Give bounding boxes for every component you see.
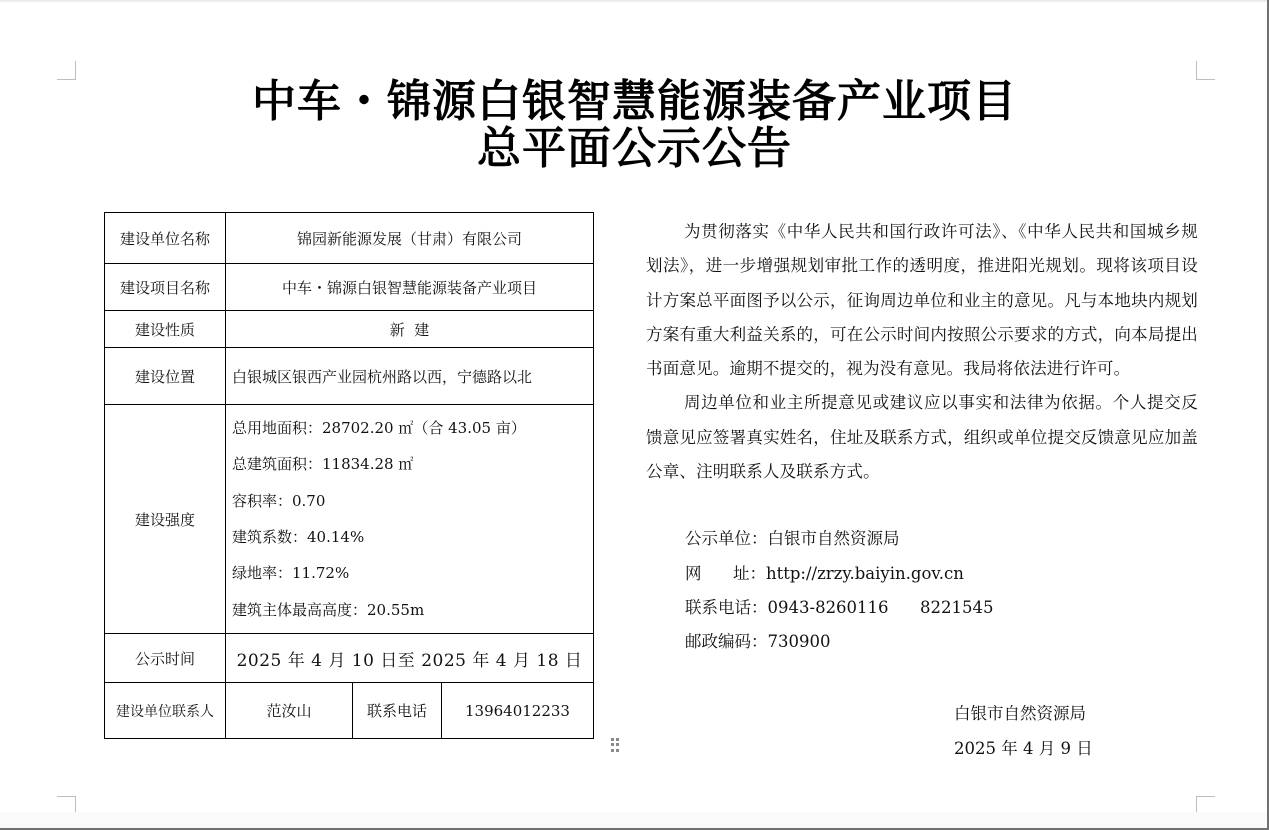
contact-phone: 13964012233 [442, 683, 594, 739]
project-info-table: 建设单位名称 锦园新能源发展（甘肃）有限公司 建设项目名称 中车・锦源白银智慧能… [104, 212, 594, 739]
contact-phone-label: 联系电话 [353, 683, 442, 739]
value-cell: 中车・锦源白银智慧能源装备产业项目 [226, 264, 594, 311]
table-row-contact: 建设单位联系人 范汝山 联系电话 13964012233 [105, 683, 594, 739]
value-cell: 新 建 [226, 311, 594, 348]
notice-paragraph-1: 为贯彻落实《中华人民共和国行政许可法》、《中华人民共和国城乡规划法》，进一步增强… [646, 215, 1198, 386]
metric-green-ratio: 绿地率：11.72% [226, 555, 593, 591]
publisher-line: 公示单位：白银市自然资源局 [685, 529, 900, 549]
phone-line: 联系电话：0943-8260116 8221545 [685, 598, 994, 618]
value-cell: 白银城区银西产业园杭州路以西，宁德路以北 [226, 348, 594, 405]
website-line: 网 址：http://zrzy.baiyin.gov.cn [685, 564, 964, 584]
table-row-unit: 建设单位名称 锦园新能源发展（甘肃）有限公司 [105, 213, 594, 264]
metric-building-area: 总建筑面积：11834.28 ㎡ [226, 446, 593, 482]
contact-name: 范汝山 [226, 683, 353, 739]
metric-land-area: 总用地面积：28702.20 ㎡（合 43.05 亩） [226, 410, 593, 446]
signature-date: 2025 年 4 月 9 日 [954, 739, 1093, 759]
table-row-intensity: 建设强度 总用地面积：28702.20 ㎡（合 43.05 亩） 总建筑面积：1… [105, 405, 594, 634]
label-cell: 建设性质 [105, 311, 226, 348]
table-drag-handle-icon[interactable] [611, 738, 621, 752]
metric-building-coverage: 建筑系数：40.14% [226, 519, 593, 555]
value-cell: 锦园新能源发展（甘肃）有限公司 [226, 213, 594, 264]
metric-plot-ratio: 容积率：0.70 [226, 483, 593, 519]
table-row-project: 建设项目名称 中车・锦源白银智慧能源装备产业项目 [105, 264, 594, 311]
label-cell: 建设项目名称 [105, 264, 226, 311]
publicity-period: 2025 年 4 月 10 日至 2025 年 4 月 18 日 [226, 634, 594, 683]
label-cell: 建设单位名称 [105, 213, 226, 264]
notice-body: 为贯彻落实《中华人民共和国行政许可法》、《中华人民共和国城乡规划法》，进一步增强… [646, 215, 1198, 489]
label-cell: 建设位置 [105, 348, 226, 405]
postcode-line: 邮政编码：730900 [685, 632, 831, 652]
label-cell: 建设单位联系人 [105, 683, 226, 739]
signature-org: 白银市自然资源局 [954, 704, 1086, 724]
page-bottom-fade [0, 812, 1267, 828]
document-title-line-2: 总平面公示公告 [0, 125, 1269, 173]
table-row-location: 建设位置 白银城区银西产业园杭州路以西，宁德路以北 [105, 348, 594, 405]
label-cell: 建设强度 [105, 405, 226, 634]
label-cell: 公示时间 [105, 634, 226, 683]
page-top-shadow [0, 0, 1269, 3]
document-title-line-1: 中车・锦源白银智慧能源装备产业项目 [0, 78, 1269, 126]
table-row-nature: 建设性质 新 建 [105, 311, 594, 348]
table-row-publicity-time: 公示时间 2025 年 4 月 10 日至 2025 年 4 月 18 日 [105, 634, 594, 683]
intensity-list: 总用地面积：28702.20 ㎡（合 43.05 亩） 总建筑面积：11834.… [226, 405, 594, 634]
metric-max-height: 建筑主体最高高度：20.55m [226, 592, 593, 628]
notice-paragraph-2: 周边单位和业主所提意见或建议应以事实和法律为依据。个人提交反馈意见应签署真实姓名… [646, 386, 1198, 489]
